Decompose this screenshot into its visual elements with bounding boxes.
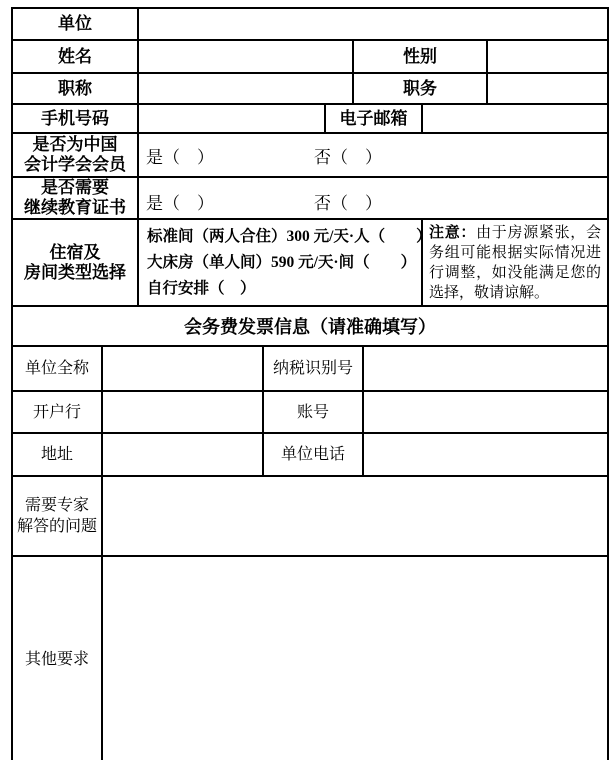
row-mobile-email: 手机号码 电子邮箱 — [12, 104, 608, 133]
unit-label: 单位 — [12, 8, 138, 40]
account-value-cell[interactable] — [363, 391, 608, 433]
questions-label-line2: 解答的问题 — [17, 518, 97, 535]
taxid-value-cell[interactable] — [363, 346, 608, 391]
row-accommodation: 住宿及 房间类型选择 标准间（两人合住）300 元/天·人（ ） 大床房（单人间… — [12, 219, 608, 306]
gender-label: 性别 — [353, 40, 487, 73]
row-unit: 单位 — [12, 8, 608, 40]
room-label-line1: 住宿及 — [50, 243, 101, 262]
company-value-cell[interactable] — [102, 346, 263, 391]
questions-label: 需要专家 解答的问题 — [12, 476, 102, 556]
duty-value-cell[interactable] — [487, 73, 608, 104]
row-title-duty: 职称 职务 — [12, 73, 608, 104]
row-society-member: 是否为中国 会计学会会员 是（ ） 否（ ） — [12, 133, 608, 177]
row-company-taxid: 单位全称 纳税识别号 — [12, 346, 608, 391]
cert-choice-cell[interactable]: 是（ ） 否（ ） — [138, 177, 608, 219]
row-address-phone: 地址 单位电话 — [12, 433, 608, 476]
row-expert-questions: 需要专家 解答的问题 — [12, 476, 608, 556]
jobtitle-label: 职称 — [12, 73, 138, 104]
row-bank-account: 开户行 账号 — [12, 391, 608, 433]
phone-label: 单位电话 — [263, 433, 363, 476]
room-option-king[interactable]: 大床房（单人间）590 元/天·间（ ） — [139, 250, 421, 276]
phone-value-cell[interactable] — [363, 433, 608, 476]
row-invoice-header: 会务费发票信息（请准确填写） — [12, 306, 608, 346]
jobtitle-value-cell[interactable] — [138, 73, 353, 104]
room-label-line2: 房间类型选择 — [24, 263, 126, 282]
name-label: 姓名 — [12, 40, 138, 73]
mobile-label: 手机号码 — [12, 104, 138, 133]
cert-label: 是否需要 继续教育证书 — [12, 177, 138, 219]
room-option-standard[interactable]: 标准间（两人合住）300 元/天·人（ ） — [139, 224, 421, 250]
questions-label-line1: 需要专家 — [25, 497, 89, 514]
member-yes-option[interactable]: 是（ ） — [146, 143, 214, 168]
cert-no-option[interactable]: 否（ ） — [314, 189, 382, 214]
room-option-self[interactable]: 自行安排（ ） — [139, 276, 421, 302]
row-name-gender: 姓名 性别 — [12, 40, 608, 73]
cert-label-line1: 是否需要 — [41, 178, 109, 197]
address-value-cell[interactable] — [102, 433, 263, 476]
other-value-cell[interactable] — [102, 556, 608, 760]
account-label: 账号 — [263, 391, 363, 433]
row-other-requests: 其他要求 — [12, 556, 608, 760]
row-education-cert: 是否需要 继续教育证书 是（ ） 否（ ） — [12, 177, 608, 219]
member-choice-cell[interactable]: 是（ ） 否（ ） — [138, 133, 608, 177]
mobile-value-cell[interactable] — [138, 104, 325, 133]
other-label: 其他要求 — [12, 556, 102, 760]
gender-value-cell[interactable] — [487, 40, 608, 73]
email-value-cell[interactable] — [422, 104, 608, 133]
taxid-label: 纳税识别号 — [263, 346, 363, 391]
room-note-cell: 注意：由于房源紧张，会务组可能根据实际情况进行调整，如没能满足您的选择，敬请谅解… — [422, 219, 608, 306]
questions-value-cell[interactable] — [102, 476, 608, 556]
email-label: 电子邮箱 — [325, 104, 422, 133]
name-value-cell[interactable] — [138, 40, 353, 73]
room-note-title: 注意： — [429, 225, 476, 241]
invoice-section-header: 会务费发票信息（请准确填写） — [12, 306, 608, 346]
unit-value-cell[interactable] — [138, 8, 608, 40]
member-no-option[interactable]: 否（ ） — [314, 143, 382, 168]
member-label: 是否为中国 会计学会会员 — [12, 133, 138, 177]
company-label: 单位全称 — [12, 346, 102, 391]
member-label-line2: 会计学会会员 — [24, 155, 126, 174]
duty-label: 职务 — [353, 73, 487, 104]
room-options-cell[interactable]: 标准间（两人合住）300 元/天·人（ ） 大床房（单人间）590 元/天·间（… — [138, 219, 422, 306]
address-label: 地址 — [12, 433, 102, 476]
bank-value-cell[interactable] — [102, 391, 263, 433]
registration-form-table: 单位 姓名 性别 职称 职务 手机号码 电子邮箱 是否为中国 会计学会会员 是（… — [11, 7, 609, 760]
cert-label-line2: 继续教育证书 — [24, 198, 126, 217]
cert-yes-option[interactable]: 是（ ） — [146, 189, 214, 214]
member-label-line1: 是否为中国 — [33, 135, 118, 154]
bank-label: 开户行 — [12, 391, 102, 433]
room-label: 住宿及 房间类型选择 — [12, 219, 138, 306]
